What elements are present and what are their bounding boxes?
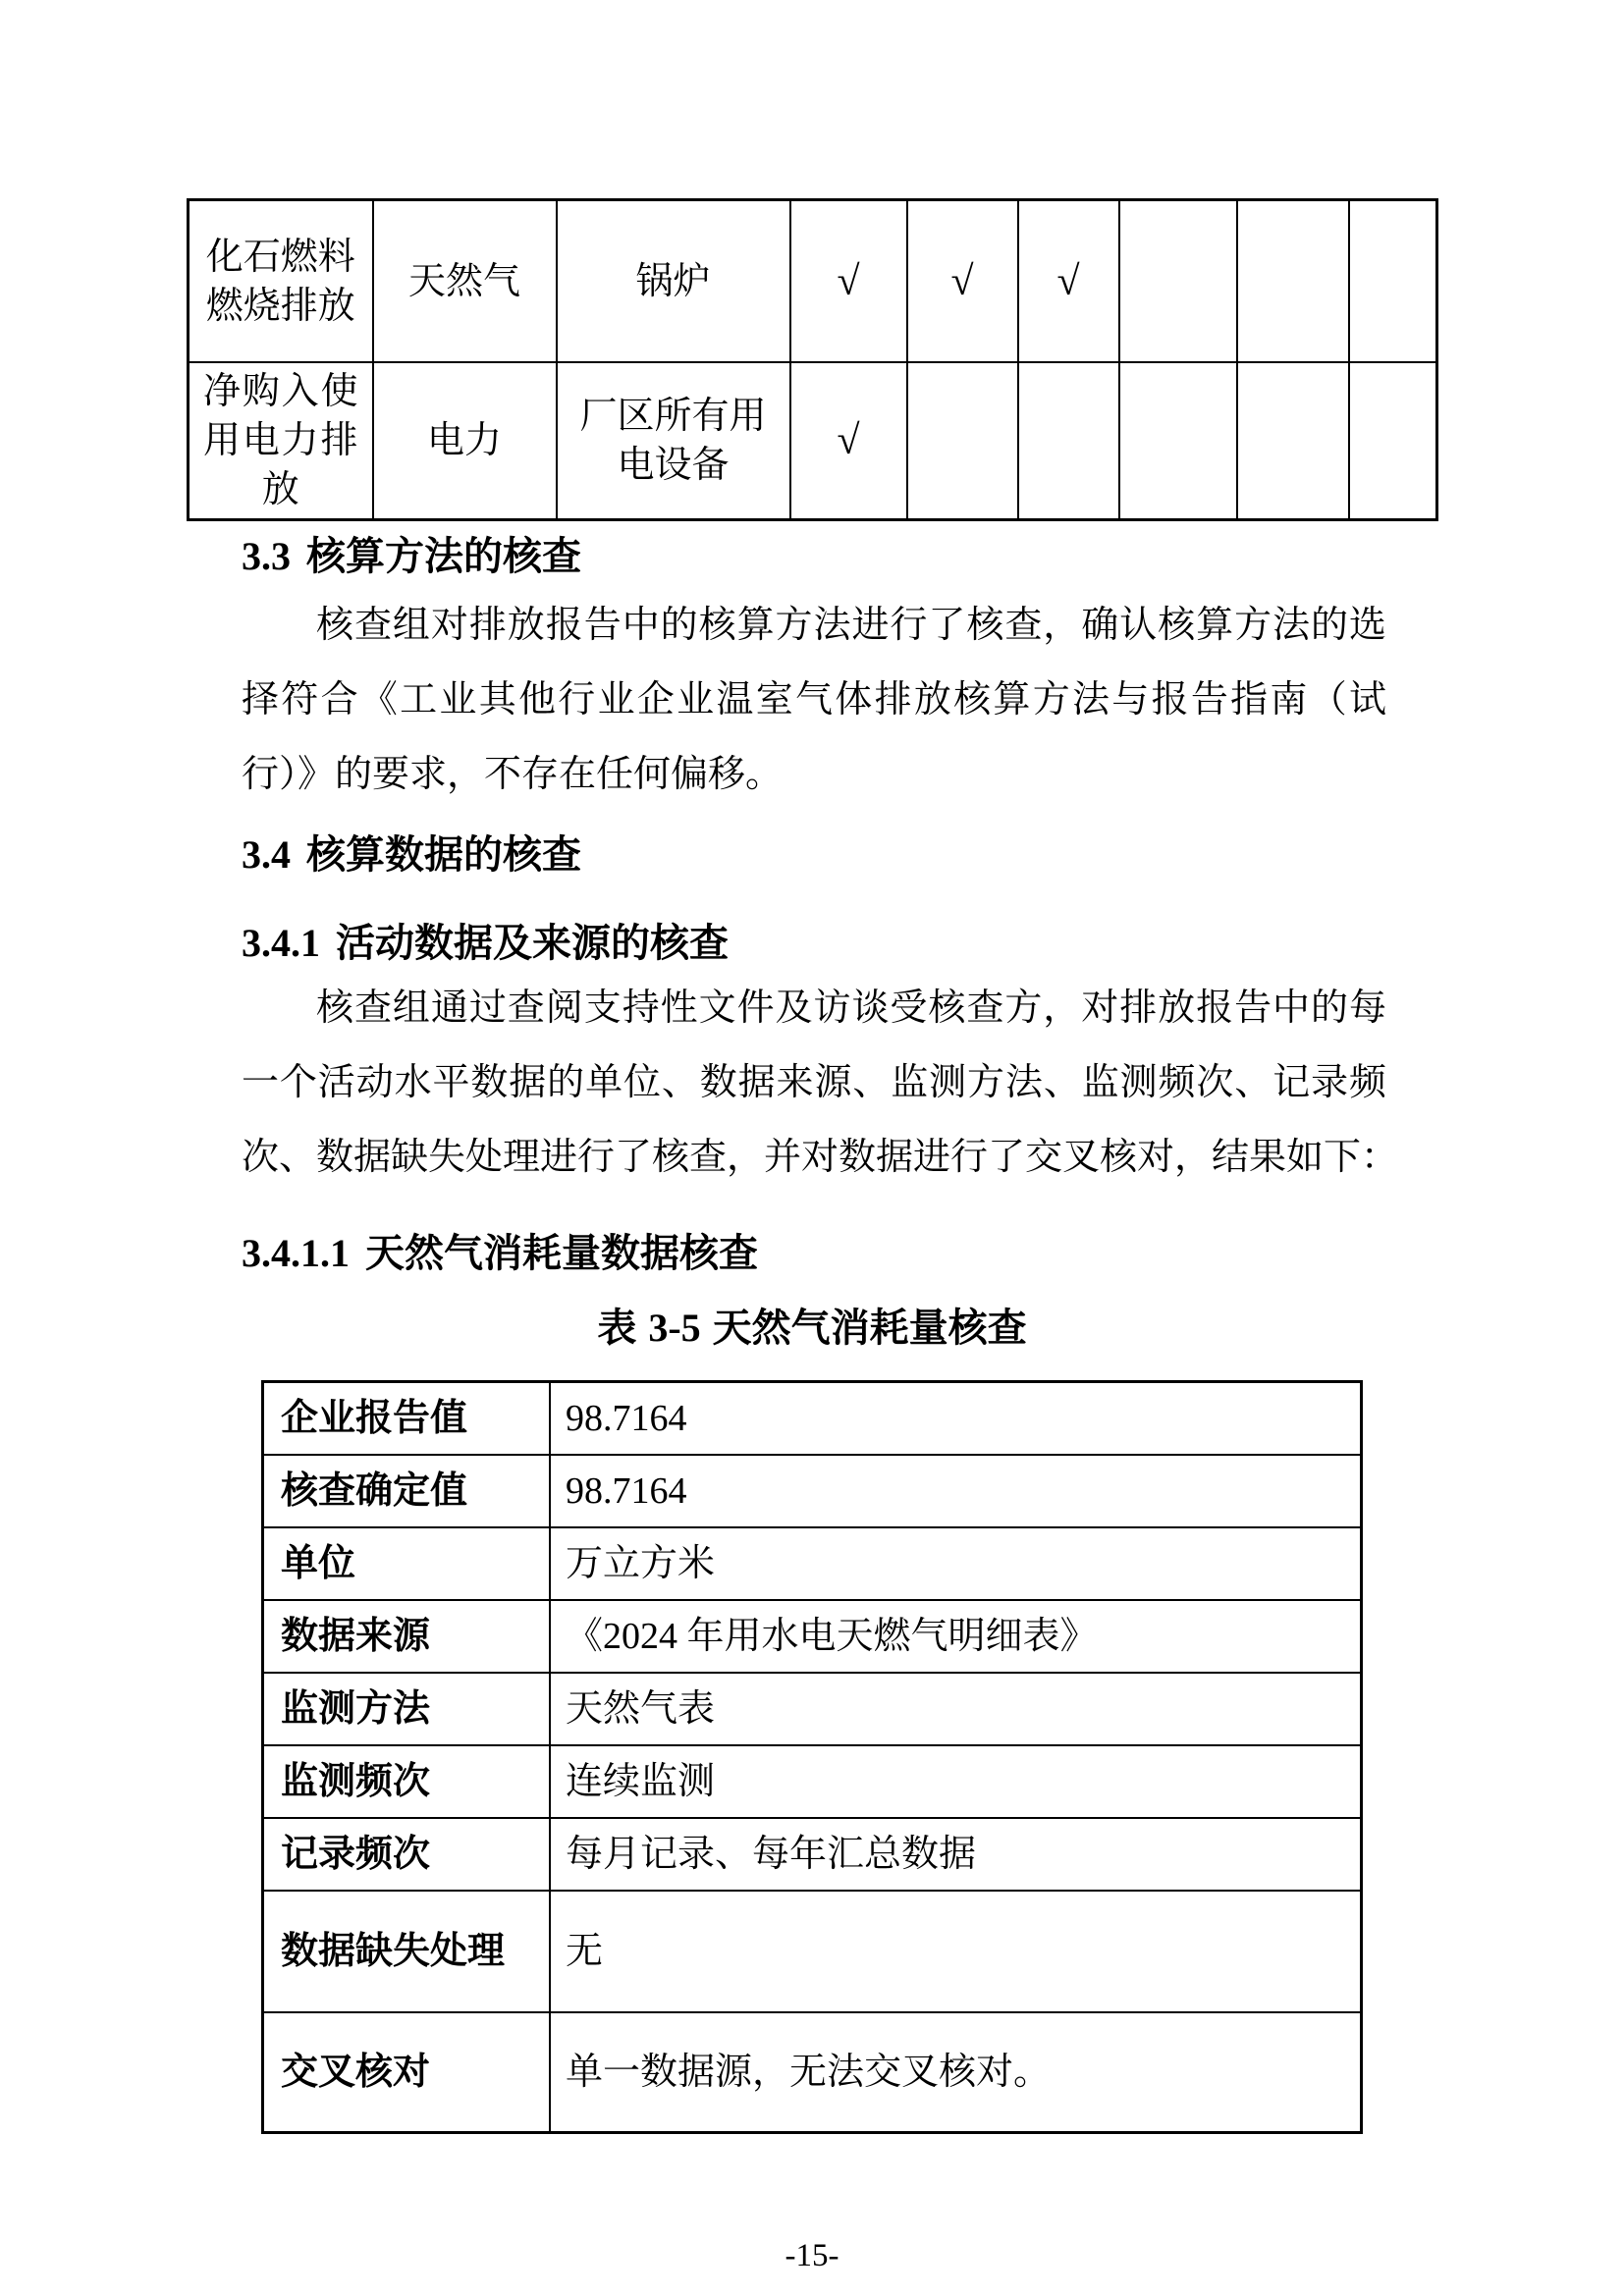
section-number: 3.3 <box>242 534 291 578</box>
row-label: 记录频次 <box>263 1818 551 1891</box>
paragraph-line: 次、数据缺失处理进行了核查，并对数据进行了交叉核对，结果如下： <box>242 1120 1386 1195</box>
table-row: 数据来源 《2024 年用水电天燃气明细表》 <box>263 1600 1362 1673</box>
table-row: 单位 万立方米 <box>263 1527 1362 1600</box>
table-row: 核查确定值 98.7164 <box>263 1455 1362 1527</box>
checkmark-cell: √ <box>790 200 907 363</box>
paragraph-line: 一个活动水平数据的单位、数据来源、监测方法、监测频次、记录频 <box>242 1045 1386 1120</box>
caption-number: 3-5 <box>648 1306 700 1350</box>
table-row: 交叉核对 单一数据源，无法交叉核对。 <box>263 2012 1362 2133</box>
caption-prefix: 表 <box>597 1307 636 1350</box>
document-page: 化石燃料燃烧排放 天然气 锅炉 √ √ √ 净购入使用电力排放 电力 厂区所有用… <box>0 0 1624 2296</box>
section-number: 3.4.1.1 <box>242 1231 350 1275</box>
checkmark-cell: √ <box>790 362 907 520</box>
row-label: 核查确定值 <box>263 1455 551 1527</box>
section-heading-3-4-1: 3.4.1活动数据及来源的核查 <box>242 916 1624 971</box>
natural-gas-verification-table: 企业报告值 98.7164 核查确定值 98.7164 单位 万立方米 数据来源… <box>261 1380 1363 2134</box>
table-row: 记录频次 每月记录、每年汇总数据 <box>263 1818 1362 1891</box>
empty-cell <box>1237 200 1349 363</box>
row-value: 98.7164 <box>550 1382 1362 1456</box>
empty-cell <box>1349 362 1437 520</box>
checkmark-cell: √ <box>907 200 1018 363</box>
emission-category-cell: 净购入使用电力排放 <box>189 362 373 520</box>
empty-cell <box>1018 362 1119 520</box>
row-value: 无 <box>550 1891 1362 2012</box>
row-value: 天然气表 <box>550 1673 1362 1745</box>
row-label: 数据来源 <box>263 1600 551 1673</box>
table-3-5-caption: 表3-5天然气消耗量核查 <box>0 1301 1624 1356</box>
table-row: 企业报告值 98.7164 <box>263 1382 1362 1456</box>
row-value: 《2024 年用水电天燃气明细表》 <box>550 1600 1362 1673</box>
section-title: 核算方法的核查 <box>306 535 581 578</box>
section-title: 天然气消耗量数据核查 <box>365 1232 758 1275</box>
row-value: 连续监测 <box>550 1745 1362 1818</box>
checkmark-cell: √ <box>1018 200 1119 363</box>
caption-text: 天然气消耗量核查 <box>713 1307 1027 1350</box>
table-row: 净购入使用电力排放 电力 厂区所有用电设备 √ <box>189 362 1437 520</box>
row-value: 98.7164 <box>550 1455 1362 1527</box>
empty-cell <box>1119 362 1237 520</box>
section-number: 3.4 <box>242 832 291 877</box>
facility-cell: 厂区所有用电设备 <box>557 362 790 520</box>
table-row: 监测方法 天然气表 <box>263 1673 1362 1745</box>
section-heading-3-4: 3.4核算数据的核查 <box>242 828 1624 882</box>
section-title: 核算数据的核查 <box>306 833 581 877</box>
row-label: 交叉核对 <box>263 2012 551 2133</box>
row-label: 数据缺失处理 <box>263 1891 551 2012</box>
paragraph-line: 择符合《工业其他行业企业温室气体排放核算方法与报告指南（试 <box>242 663 1386 737</box>
section-heading-3-3: 3.3核算方法的核查 <box>242 529 1624 584</box>
empty-cell <box>1237 362 1349 520</box>
facility-cell: 锅炉 <box>557 200 790 363</box>
row-value: 每月记录、每年汇总数据 <box>550 1818 1362 1891</box>
empty-cell <box>1119 200 1237 363</box>
table-row: 数据缺失处理 无 <box>263 1891 1362 2012</box>
row-label: 监测方法 <box>263 1673 551 1745</box>
empty-cell <box>1349 200 1437 363</box>
row-label: 企业报告值 <box>263 1382 551 1456</box>
section-title: 活动数据及来源的核查 <box>336 922 729 965</box>
page-number: -15- <box>0 2236 1624 2275</box>
energy-type-cell: 电力 <box>373 362 557 520</box>
empty-cell <box>907 362 1018 520</box>
emission-category-cell: 化石燃料燃烧排放 <box>189 200 373 363</box>
section-number: 3.4.1 <box>242 921 320 965</box>
section-heading-3-4-1-1: 3.4.1.1天然气消耗量数据核查 <box>242 1226 1624 1281</box>
table-row: 监测频次 连续监测 <box>263 1745 1362 1818</box>
energy-type-cell: 天然气 <box>373 200 557 363</box>
paragraph-line: 行）》的要求，不存在任何偏移。 <box>242 737 1386 812</box>
row-value: 单一数据源，无法交叉核对。 <box>550 2012 1362 2133</box>
paragraph-3-3: 核查组对排放报告中的核算方法进行了核查，确认核算方法的选 择符合《工业其他行业企… <box>242 588 1386 812</box>
row-label: 单位 <box>263 1527 551 1600</box>
paragraph-line: 核查组通过查阅支持性文件及访谈受核查方，对排放报告中的每 <box>242 971 1386 1045</box>
row-label: 监测频次 <box>263 1745 551 1818</box>
paragraph-line: 核查组对排放报告中的核算方法进行了核查，确认核算方法的选 <box>242 588 1386 663</box>
row-value: 万立方米 <box>550 1527 1362 1600</box>
paragraph-3-4-1: 核查组通过查阅支持性文件及访谈受核查方，对排放报告中的每 一个活动水平数据的单位… <box>242 971 1386 1195</box>
table-row: 化石燃料燃烧排放 天然气 锅炉 √ √ √ <box>189 200 1437 363</box>
emission-sources-table: 化石燃料燃烧排放 天然气 锅炉 √ √ √ 净购入使用电力排放 电力 厂区所有用… <box>187 198 1438 521</box>
